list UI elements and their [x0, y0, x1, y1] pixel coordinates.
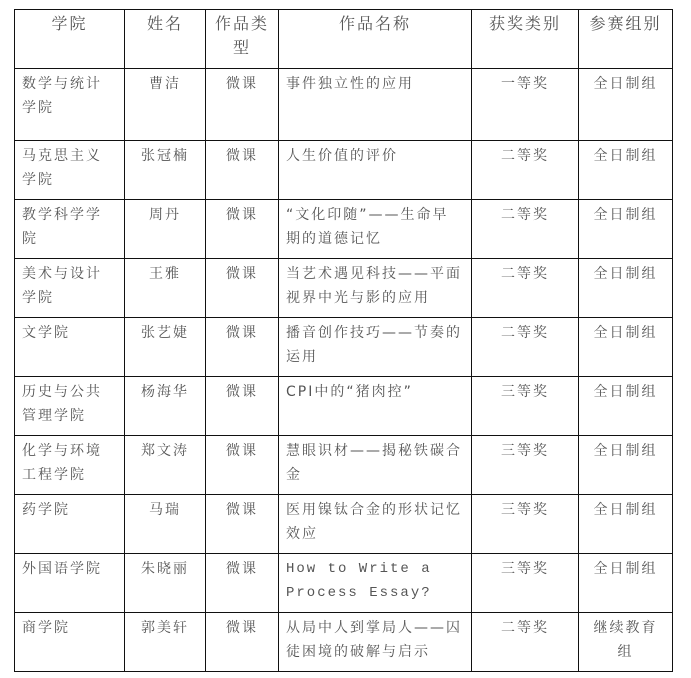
cell-name: 张艺婕 [125, 318, 206, 377]
cell-group: 全日制组 [579, 200, 673, 259]
cell-award: 三等奖 [472, 554, 579, 613]
cell-college: 药学院 [15, 495, 125, 554]
table-row: 历史与公共管理学院 杨海华 微课 CPI中的“猪肉控” 三等奖 全日制组 [15, 377, 673, 436]
cell-name: 郑文涛 [125, 436, 206, 495]
cell-type: 微课 [206, 200, 279, 259]
cell-group: 全日制组 [579, 554, 673, 613]
header-type: 作品类型 [206, 10, 279, 69]
cell-type: 微课 [206, 554, 279, 613]
cell-type: 微课 [206, 377, 279, 436]
cell-award: 三等奖 [472, 436, 579, 495]
header-award: 获奖类别 [472, 10, 579, 69]
cell-title: How to Write a Process Essay? [279, 554, 472, 613]
cell-title: 从局中人到掌局人——囚徒困境的破解与启示 [279, 613, 472, 672]
cell-award: 二等奖 [472, 200, 579, 259]
cell-group: 全日制组 [579, 259, 673, 318]
cell-name: 朱晓丽 [125, 554, 206, 613]
cell-type: 微课 [206, 613, 279, 672]
cell-college: 化学与环境工程学院 [15, 436, 125, 495]
table-row: 教学科学学院 周丹 微课 “文化印随”——生命早期的道德记忆 二等奖 全日制组 [15, 200, 673, 259]
cell-group: 继续教育组 [579, 613, 673, 672]
header-college: 学院 [15, 10, 125, 69]
cell-group: 全日制组 [579, 318, 673, 377]
cell-name: 曹洁 [125, 69, 206, 141]
cell-college: 数学与统计学院 [15, 69, 125, 141]
cell-type: 微课 [206, 495, 279, 554]
cell-college: 教学科学学院 [15, 200, 125, 259]
cell-type: 微课 [206, 141, 279, 200]
cell-title: 慧眼识材——揭秘铁碳合金 [279, 436, 472, 495]
cell-name: 杨海华 [125, 377, 206, 436]
cell-award: 二等奖 [472, 613, 579, 672]
cell-college: 马克思主义学院 [15, 141, 125, 200]
table-header-row: 学院 姓名 作品类型 作品名称 获奖类别 参赛组别 [15, 10, 673, 69]
cell-award: 二等奖 [472, 318, 579, 377]
cell-title: 医用镍钛合金的形状记忆效应 [279, 495, 472, 554]
table-row: 外国语学院 朱晓丽 微课 How to Write a Process Essa… [15, 554, 673, 613]
table-row: 商学院 郭美轩 微课 从局中人到掌局人——囚徒困境的破解与启示 二等奖 继续教育… [15, 613, 673, 672]
header-title: 作品名称 [279, 10, 472, 69]
cell-college: 文学院 [15, 318, 125, 377]
cell-title: 人生价值的评价 [279, 141, 472, 200]
cell-college: 历史与公共管理学院 [15, 377, 125, 436]
cell-title: 当艺术遇见科技——平面视界中光与影的应用 [279, 259, 472, 318]
header-name: 姓名 [125, 10, 206, 69]
cell-group: 全日制组 [579, 69, 673, 141]
table-row: 数学与统计学院 曹洁 微课 事件独立性的应用 一等奖 全日制组 [15, 69, 673, 141]
cell-group: 全日制组 [579, 377, 673, 436]
cell-award: 一等奖 [472, 69, 579, 141]
table-row: 文学院 张艺婕 微课 播音创作技巧——节奏的运用 二等奖 全日制组 [15, 318, 673, 377]
cell-award: 三等奖 [472, 495, 579, 554]
cell-name: 张冠楠 [125, 141, 206, 200]
cell-college: 外国语学院 [15, 554, 125, 613]
cell-college: 美术与设计学院 [15, 259, 125, 318]
table-row: 马克思主义学院 张冠楠 微课 人生价值的评价 二等奖 全日制组 [15, 141, 673, 200]
cell-name: 马瑞 [125, 495, 206, 554]
cell-group: 全日制组 [579, 436, 673, 495]
cell-type: 微课 [206, 259, 279, 318]
cell-college: 商学院 [15, 613, 125, 672]
cell-award: 三等奖 [472, 377, 579, 436]
cell-name: 王雅 [125, 259, 206, 318]
table-row: 化学与环境工程学院 郑文涛 微课 慧眼识材——揭秘铁碳合金 三等奖 全日制组 [15, 436, 673, 495]
cell-title: CPI中的“猪肉控” [279, 377, 472, 436]
cell-name: 郭美轩 [125, 613, 206, 672]
cell-type: 微课 [206, 69, 279, 141]
cell-group: 全日制组 [579, 141, 673, 200]
table-row: 美术与设计学院 王雅 微课 当艺术遇见科技——平面视界中光与影的应用 二等奖 全… [15, 259, 673, 318]
cell-title: 播音创作技巧——节奏的运用 [279, 318, 472, 377]
cell-award: 二等奖 [472, 259, 579, 318]
cell-type: 微课 [206, 436, 279, 495]
cell-group: 全日制组 [579, 495, 673, 554]
cell-title: “文化印随”——生命早期的道德记忆 [279, 200, 472, 259]
table-row: 药学院 马瑞 微课 医用镍钛合金的形状记忆效应 三等奖 全日制组 [15, 495, 673, 554]
header-group: 参赛组别 [579, 10, 673, 69]
cell-title: 事件独立性的应用 [279, 69, 472, 141]
cutoff-text-line: ………… [60, 672, 680, 678]
cell-name: 周丹 [125, 200, 206, 259]
awards-table: 学院 姓名 作品类型 作品名称 获奖类别 参赛组别 数学与统计学院 曹洁 微课 … [14, 9, 673, 672]
cell-award: 二等奖 [472, 141, 579, 200]
cell-type: 微课 [206, 318, 279, 377]
